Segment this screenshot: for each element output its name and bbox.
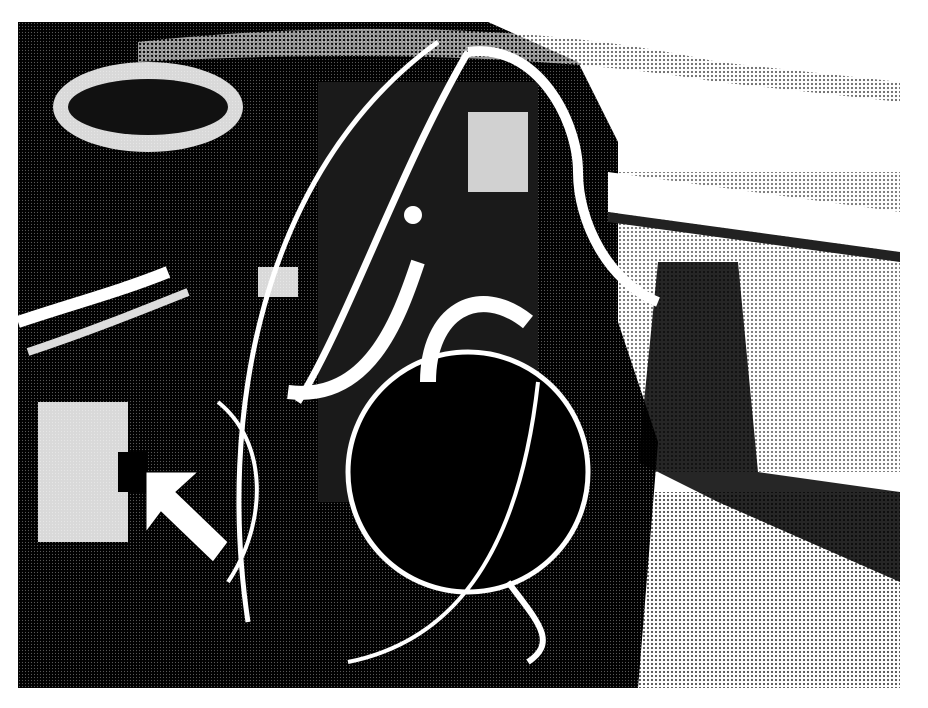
left-connector — [38, 402, 128, 542]
photograph — [18, 22, 900, 688]
halftone-photo — [18, 22, 900, 688]
blower-disc — [348, 352, 588, 592]
